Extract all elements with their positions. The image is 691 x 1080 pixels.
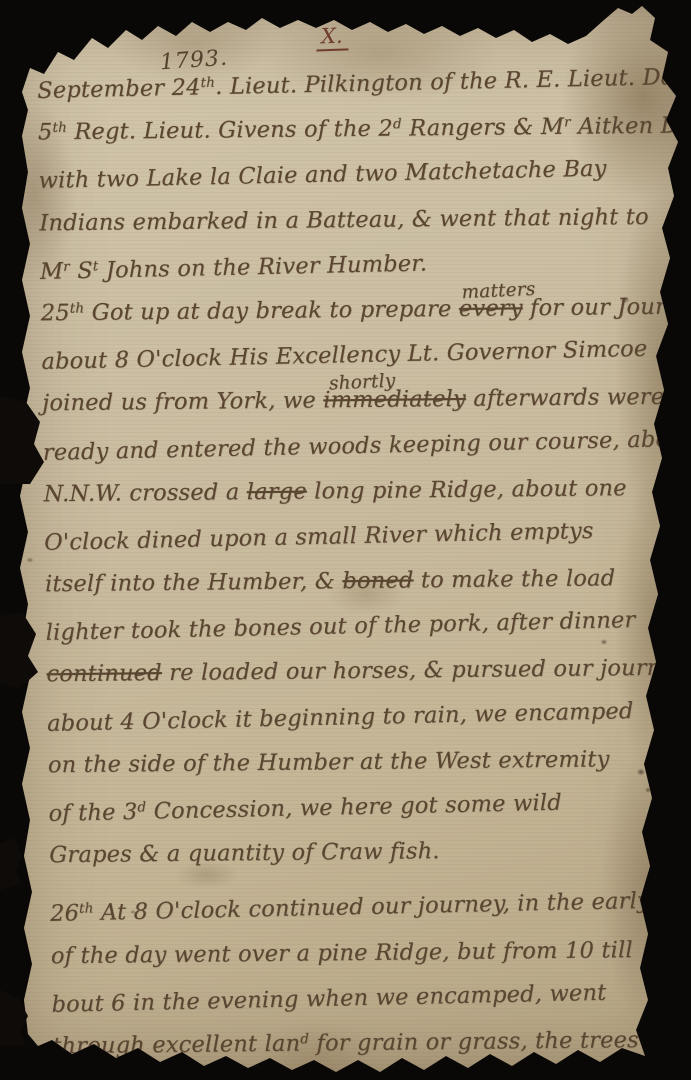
manuscript-text: At 8 O'clock continued our journey, in t… (93, 887, 691, 926)
manuscript-text: . Lieut. Pilkington of the R. E. Lieut. … (215, 61, 691, 100)
manuscript-scan: X. 1793. September 24th. Lieut. Pilkingt… (0, 0, 691, 1080)
manuscript-text: S (70, 258, 94, 284)
manuscript-text: 26 (50, 901, 80, 928)
manuscript-text: M (40, 258, 64, 285)
manuscript-text: Got up at day break to prepare (84, 296, 459, 326)
struck-out-text: everymatters (459, 295, 523, 322)
manuscript-text: N.N.W. crossed a (43, 479, 246, 507)
manuscript-text: th (79, 901, 94, 917)
page-number-mark: X. (316, 23, 349, 51)
manuscript-text: th (70, 300, 85, 316)
manuscript-text: Johns on the River Humber. (98, 250, 427, 283)
manuscript-line: Grapes & a quantity of Craw fish. (49, 836, 685, 888)
manuscript-text: to make the load (413, 565, 615, 593)
manuscript-text: of the 3 (48, 799, 137, 827)
inserted-word-above-line: shortly (328, 371, 395, 395)
manuscript-text: Rangers & M (402, 114, 565, 142)
manuscript-text: joined us from York, we (42, 388, 323, 417)
manuscript-text: Aitken D. P. S (571, 112, 691, 140)
struck-out-text: immediatelyshortly (323, 386, 466, 413)
manuscript-text: through excellent lan (52, 1031, 300, 1060)
manuscript-text: d (300, 1031, 309, 1047)
manuscript-text: 5 (38, 119, 53, 145)
struck-out-text: large (247, 478, 307, 505)
manuscript-text: 25 (41, 300, 70, 326)
year-heading: 1793. (159, 46, 229, 76)
manuscript-line: through excellent land for grain or gras… (52, 1026, 688, 1078)
inserted-word-above-line: matters (461, 279, 536, 303)
manuscript-text: on the side of the Humber at the West ex… (48, 746, 610, 778)
manuscript-text: for our Journey (523, 293, 691, 321)
manuscript-text: long pine Ridge, about one (307, 475, 627, 504)
manuscript-text: afterwards were (466, 384, 665, 412)
torn-paper-sheet: X. 1793. September 24th. Lieut. Pilkingt… (0, 0, 691, 1080)
manuscript-text: th (52, 120, 67, 136)
manuscript-text: re loaded our horses, & pursued our jour… (162, 655, 688, 687)
struck-out-text: continued (46, 660, 162, 687)
manuscript-text: th (200, 75, 215, 91)
manuscript-text: itself into the Humber, & (45, 568, 343, 597)
manuscript-text: Regt. Lieut. Givens of the 2 (67, 116, 393, 145)
manuscript-text: d (137, 799, 146, 815)
manuscript-text: September 24 (37, 74, 201, 104)
manuscript-text: of the day went over a pine Ridge, but f… (51, 937, 633, 969)
manuscript-text: for grain or grass, the trees (309, 1027, 639, 1056)
torn-binding-gap (0, 838, 24, 890)
manuscript-lines: September 24th. Lieut. Pilkington of the… (37, 66, 689, 1080)
manuscript-text: Grapes & a quantity of Craw fish. (49, 838, 440, 868)
struck-out-text: boned (342, 567, 413, 594)
manuscript-text: d (393, 116, 402, 132)
